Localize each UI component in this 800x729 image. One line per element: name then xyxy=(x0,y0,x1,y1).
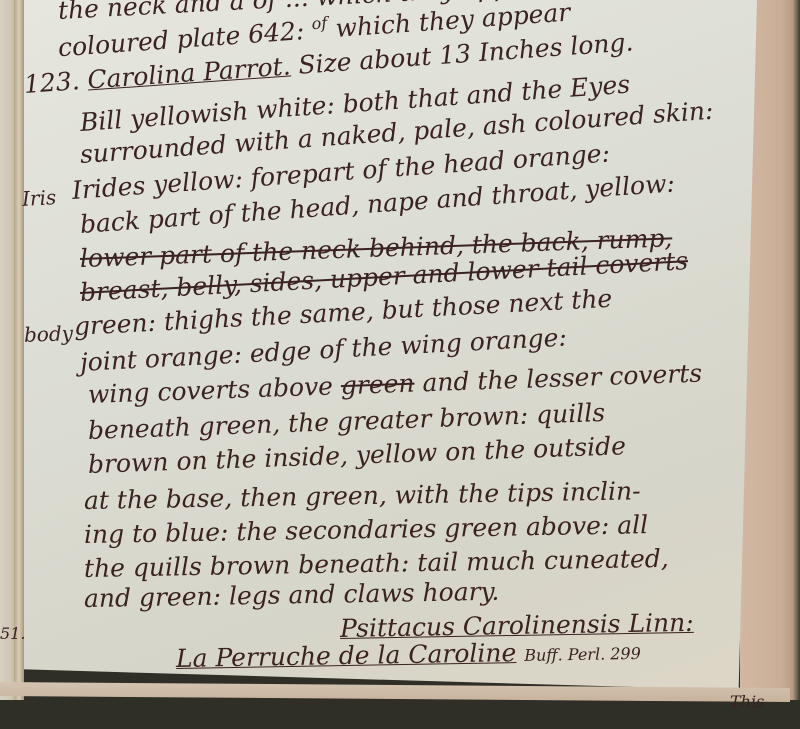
line-11-struck-word: green xyxy=(340,369,415,401)
left-page-fragment: 51. xyxy=(0,624,25,643)
line-1-insert: of xyxy=(311,13,328,33)
french-name: La Perruche de la Caroline xyxy=(176,638,517,673)
margin-note-body: body xyxy=(24,321,74,347)
entry-number: 123. xyxy=(23,66,81,99)
catchword: This xyxy=(730,692,764,711)
book-gutter xyxy=(14,0,24,700)
buffon-reference: Buff. Perl. 299 xyxy=(524,644,641,665)
margin-note-iris: Iris xyxy=(21,185,56,211)
